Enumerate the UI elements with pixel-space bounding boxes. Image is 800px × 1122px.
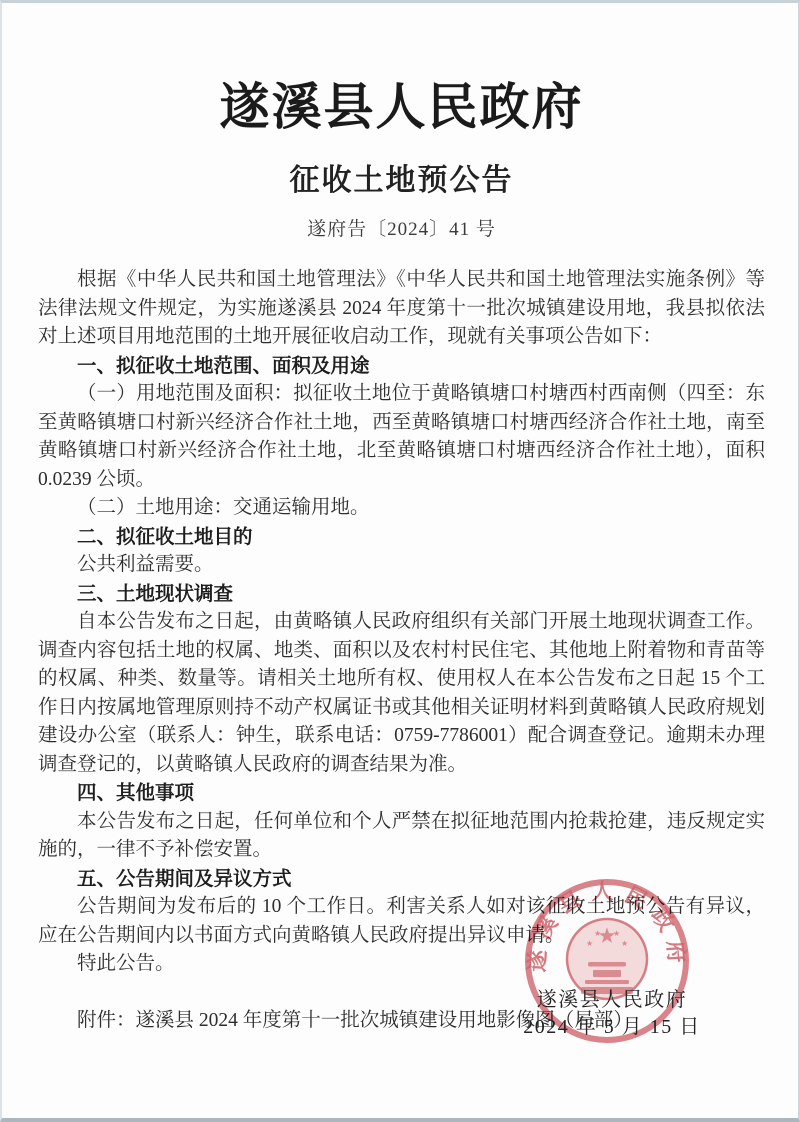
paragraph: 公告期间为发布后的 10 个工作日。利害关系人如对该征收土地预公告有异议，应在公… [38, 893, 765, 950]
body-text: 根据《中华人民共和国土地管理法》《中华人民共和国土地管理法实施条例》等法律法规文… [38, 266, 765, 1035]
paragraph: 自本公告发布之日起，由黄略镇人民政府组织有关部门开展土地现状调查工作。调查内容包… [38, 608, 765, 779]
signature-issuer: 遂溪县人民政府 [500, 987, 724, 1014]
paragraph: 根据《中华人民共和国土地管理法》《中华人民共和国土地管理法实施条例》等法律法规文… [38, 266, 765, 352]
document-number: 遂府告〔2024〕41 号 [38, 214, 765, 241]
paragraph: （一）用地范围及面积：拟征收土地位于黄略镇塘口村塘西村西南侧（四至：东至黄略镇塘… [38, 380, 765, 494]
paragraph: 三、土地现状调查 [38, 580, 765, 609]
announcement-page: 遂溪县人民政府 征收土地预公告 遂府告〔2024〕41 号 根据《中华人民共和国… [0, 0, 800, 1122]
paragraph: 特此公告。 [38, 950, 765, 979]
paragraph: 本公告发布之日起，任何单位和个人严禁在拟征地范围内抢栽抢建，违反规定实施的，一律… [38, 808, 765, 865]
paragraph: 五、公告期间及异议方式 [38, 865, 765, 894]
paragraph: 四、其他事项 [38, 779, 765, 808]
signature-date: 2024 年 5 月 15 日 [500, 1014, 724, 1041]
paragraph: 一、拟征收土地范围、面积及用途 [38, 352, 765, 381]
signature-block: 遂溪县人民政府 2024 年 5 月 15 日 [500, 987, 724, 1041]
page-title: 遂溪县人民政府 [38, 67, 765, 139]
paragraph: （二）土地用途：交通运输用地。 [38, 494, 765, 523]
paragraph: 二、拟征收土地目的 [38, 523, 765, 552]
announcement-subtitle: 征收土地预公告 [38, 155, 765, 199]
document-content: 遂溪县人民政府 征收土地预公告 遂府告〔2024〕41 号 根据《中华人民共和国… [2, 3, 798, 1035]
paragraph: 公共利益需要。 [38, 551, 765, 580]
